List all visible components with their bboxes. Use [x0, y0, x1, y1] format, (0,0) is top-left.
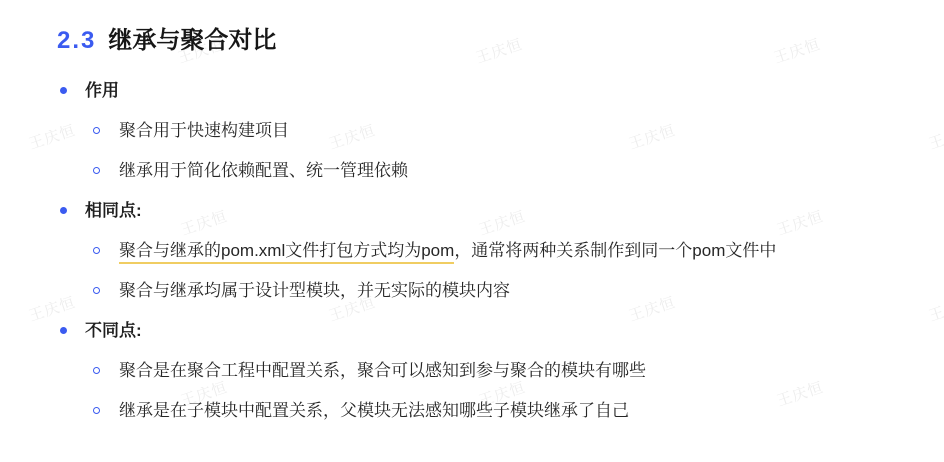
page-title: 2.3继承与聚合对比 — [57, 20, 927, 55]
document-page: { "colors": { "accent": "#3b5bf0", "text… — [0, 0, 944, 462]
circle-bullet-icon — [93, 127, 100, 134]
list-item-text: 聚合用于快速构建项目 — [119, 118, 289, 143]
section-label-row: 作用 — [57, 78, 927, 103]
bullet-icon — [60, 207, 67, 214]
watermark-text: 王庆恒 — [926, 291, 944, 326]
list-item: 继承用于简化依赖配置、统一管理依赖 — [57, 158, 927, 183]
section-label-row: 不同点: — [57, 318, 927, 343]
list-item-text: 继承是在子模块中配置关系，父模块无法感知哪些子模块继承了自己 — [119, 398, 629, 423]
section-label-row: 相同点: — [57, 198, 927, 223]
title-text: 继承与聚合对比 — [108, 27, 276, 54]
highlight-underlined-text: 聚合与继承的pom.xml文件打包方式均为pom — [119, 241, 454, 264]
list-item: 聚合与继承均属于设计型模块，并无实际的模块内容 — [57, 278, 927, 303]
circle-bullet-icon — [93, 407, 100, 414]
list-item-text: 聚合与继承的pom.xml文件打包方式均为pom，通常将两种关系制作到同一个po… — [119, 238, 776, 263]
title-section-number: 2.3 — [57, 27, 96, 54]
section-label: 相同点: — [85, 198, 142, 223]
section-label: 作用 — [85, 78, 119, 103]
bullet-icon — [60, 87, 67, 94]
list-item: 聚合用于快速构建项目 — [57, 118, 927, 143]
watermark-text: 王庆恒 — [926, 119, 944, 154]
list-item: 继承是在子模块中配置关系，父模块无法感知哪些子模块继承了自己 — [57, 398, 927, 423]
section-label: 不同点: — [85, 318, 142, 343]
document-body: 2.3继承与聚合对比 作用 聚合用于快速构建项目 继承用于简化依赖配置、统一管理… — [57, 20, 927, 438]
circle-bullet-icon — [93, 367, 100, 374]
bullet-icon — [60, 327, 67, 334]
list-item-text: 聚合与继承均属于设计型模块，并无实际的模块内容 — [119, 278, 510, 303]
circle-bullet-icon — [93, 287, 100, 294]
list-item-text-rest: ，通常将两种关系制作到同一个pom文件中 — [454, 241, 776, 260]
circle-bullet-icon — [93, 247, 100, 254]
list-item: 聚合与继承的pom.xml文件打包方式均为pom，通常将两种关系制作到同一个po… — [57, 238, 927, 263]
list-item-text: 继承用于简化依赖配置、统一管理依赖 — [119, 158, 408, 183]
circle-bullet-icon — [93, 167, 100, 174]
list-item-text: 聚合是在聚合工程中配置关系，聚合可以感知到参与聚合的模块有哪些 — [119, 358, 646, 383]
list-item: 聚合是在聚合工程中配置关系，聚合可以感知到参与聚合的模块有哪些 — [57, 358, 927, 383]
